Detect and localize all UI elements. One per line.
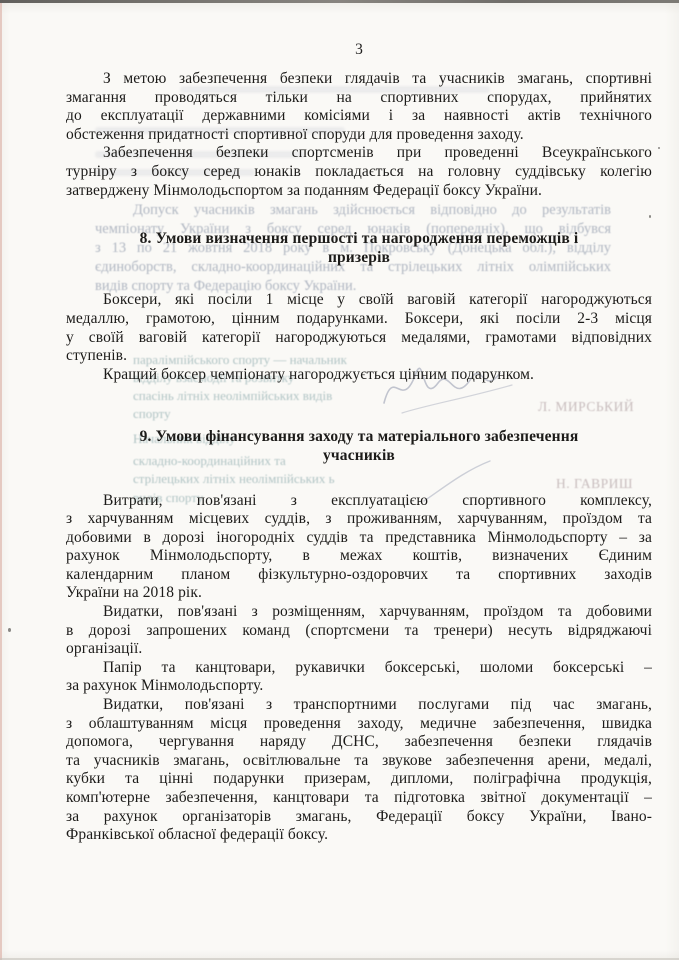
paragraph: Папір та канцтовари, рукавички боксерськ… bbox=[66, 659, 652, 696]
text-line: в дорозі запрошених команд (спортсмени т… bbox=[66, 622, 652, 641]
text-line: З метою забезпечення безпеки глядачів та… bbox=[66, 70, 652, 89]
paragraph: Видатки, пов'язані з транспортними послу… bbox=[66, 696, 652, 845]
text-line: Видатки, пов'язані з розміщенням, харчув… bbox=[66, 603, 652, 622]
paragraph: Кращий боксер чемпіонату нагороджується … bbox=[66, 366, 652, 385]
text-line: медаллю, грамотою, цінним подарунками. Б… bbox=[66, 310, 652, 329]
text-line: Боксери, які посіли 1 місце у своїй ваго… bbox=[66, 291, 652, 310]
text-line: з харчуванням місцевих суддів, з прожива… bbox=[66, 510, 652, 529]
paragraph: З метою забезпечення безпеки глядачів та… bbox=[66, 70, 652, 144]
text-line: організації. bbox=[66, 640, 652, 659]
text-line: Видатки, пов'язані з транспортними послу… bbox=[66, 696, 652, 715]
text-line: ступенів. bbox=[66, 347, 652, 366]
paragraph: Боксери, які посіли 1 місце у своїй ваго… bbox=[66, 291, 652, 365]
document-page: 3 З метою забезпечення безпеки глядачів … bbox=[66, 40, 652, 845]
text-line: у своїй ваговій категорії нагороджуються… bbox=[66, 329, 652, 348]
paragraph: Забезпечення безпеки спортсменів при про… bbox=[66, 144, 652, 200]
text-line: призерів bbox=[66, 249, 652, 268]
text-line: календарним планом фізкультурно-оздоровч… bbox=[66, 566, 652, 585]
section-heading: 8. Умови визначення першості та нагородж… bbox=[66, 230, 652, 267]
text-line: затверджену Мінмолодьспортом за поданням… bbox=[66, 182, 652, 201]
paragraph: Видатки, пов'язані з розміщенням, харчув… bbox=[66, 603, 652, 659]
text-line: Кращий боксер чемпіонату нагороджується … bbox=[66, 366, 652, 385]
section-heading: 9. Умови фінансування заходу та матеріал… bbox=[66, 428, 652, 465]
text-line: за рахунок Мінмолодьспорту. bbox=[66, 677, 652, 696]
text-line: допомога, чергування наряду ДСНС, забезп… bbox=[66, 733, 652, 752]
text-line: Витрати, пов'язані з експлуатацією спорт… bbox=[66, 492, 652, 511]
scan-edge-left bbox=[0, 3, 2, 960]
text-line: обстеження придатності спортивної споруд… bbox=[66, 126, 652, 145]
text-line: змагання проводяться тільки на спортивни… bbox=[66, 89, 652, 108]
text-line: кубки та цінні подарунки призерам, дипло… bbox=[66, 770, 652, 789]
paragraph: Витрати, пов'язані з експлуатацією спорт… bbox=[66, 492, 652, 604]
text-line: турніру з боксу серед юнаків покладаєтьс… bbox=[66, 163, 652, 182]
text-line: 8. Умови визначення першості та нагородж… bbox=[66, 230, 652, 249]
text-line: Забезпечення безпеки спортсменів при про… bbox=[66, 144, 652, 163]
text-line: 9. Умови фінансування заходу та матеріал… bbox=[66, 428, 652, 447]
text-line: та учасників змагань, освітлювальне та з… bbox=[66, 752, 652, 771]
ink-speck bbox=[8, 628, 11, 632]
text-line: за рахунок організаторів змагань, Федера… bbox=[66, 808, 652, 827]
text-line: до експлуатації державними комісіями і з… bbox=[66, 107, 652, 126]
page-number: 3 bbox=[66, 40, 652, 59]
text-line: України на 2018 рік. bbox=[66, 584, 652, 603]
text-line: комп'ютерне забезпечення, канцтовари та … bbox=[66, 789, 652, 808]
document-body: З метою забезпечення безпеки глядачів та… bbox=[66, 70, 652, 845]
text-line: Франківської обласної федерації боксу. bbox=[66, 826, 652, 845]
ink-speck bbox=[658, 147, 660, 149]
text-line: добовими в дорозі іногородніх суддів та … bbox=[66, 529, 652, 548]
text-line: з облаштуванням місця проведення заходу,… bbox=[66, 715, 652, 734]
scan-edge-top bbox=[0, 0, 679, 3]
text-line: Папір та канцтовари, рукавички боксерськ… bbox=[66, 659, 652, 678]
text-line: рахунок Мінмолодьспорту, в межах коштів,… bbox=[66, 547, 652, 566]
text-line: учасників bbox=[66, 447, 652, 466]
